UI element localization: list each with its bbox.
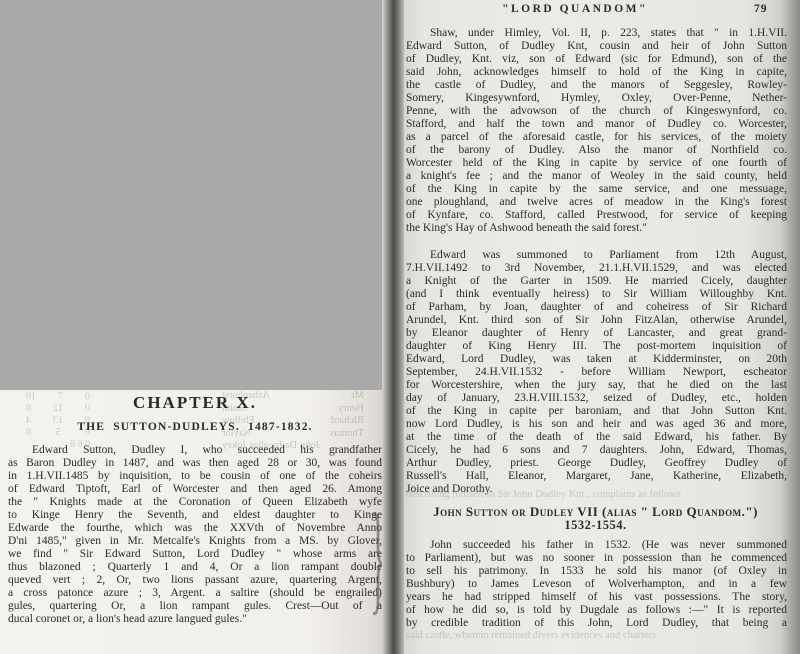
left-paragraph: Edward Sutton, Dudley I, who succeeded h… <box>8 444 382 626</box>
left-section-heading: THE SUTTON-DUDLEYS. 1487-1832. <box>0 421 390 433</box>
chapter-heading: CHAPTER X. <box>0 393 390 413</box>
right-section-heading-line-2: 1532-1554. <box>404 518 787 533</box>
page-number: 79 <box>754 3 768 15</box>
right-paragraph-3: John succeeded his father in 1532. (He w… <box>406 539 787 630</box>
masked-region <box>0 0 385 390</box>
right-paragraph-2: Edward was summoned to Parliament from 1… <box>406 249 787 496</box>
book-scan: 0 7 100 12 00 13 40 5 00 6 8 Mr Ashenhur… <box>0 0 800 654</box>
right-paragraph-1: Shaw, under Himley, Vol. II, p. 223, sta… <box>406 27 787 235</box>
running-header: "LORD QUANDOM" <box>444 3 706 15</box>
right-page: "LORD QUANDOM" 79 describing himself as … <box>404 0 800 654</box>
right-bleed-through-line-2: said castle, wherein remained divers evi… <box>406 630 787 641</box>
